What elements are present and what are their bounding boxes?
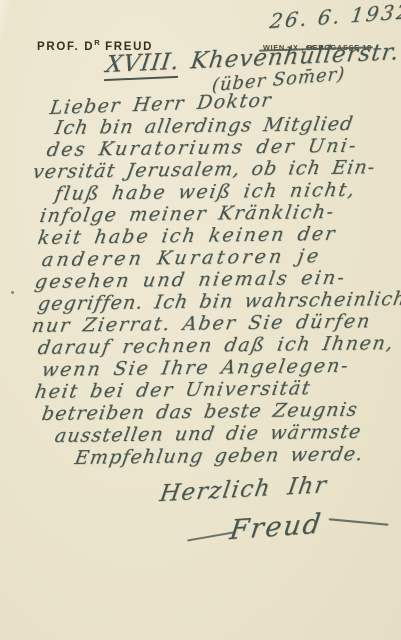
closing-phrase: Herzlich Ihr (158, 472, 329, 507)
ink-dot (11, 291, 14, 294)
letter-body: Ich bin allerdings Mitglied des Kuratori… (0, 117, 401, 469)
letterhead-name-prefix: PROF. D (37, 41, 94, 53)
letter-line: Empfehlung geben werde. (73, 442, 401, 469)
address-district: XVIII. (104, 49, 181, 81)
handwritten-date: 26. 6. 1932 (268, 0, 401, 33)
letter-page: 26. 6. 1932 PROF. DR FREUD WIEN, IX., BE… (0, 0, 401, 640)
signature: Freud (228, 508, 324, 546)
